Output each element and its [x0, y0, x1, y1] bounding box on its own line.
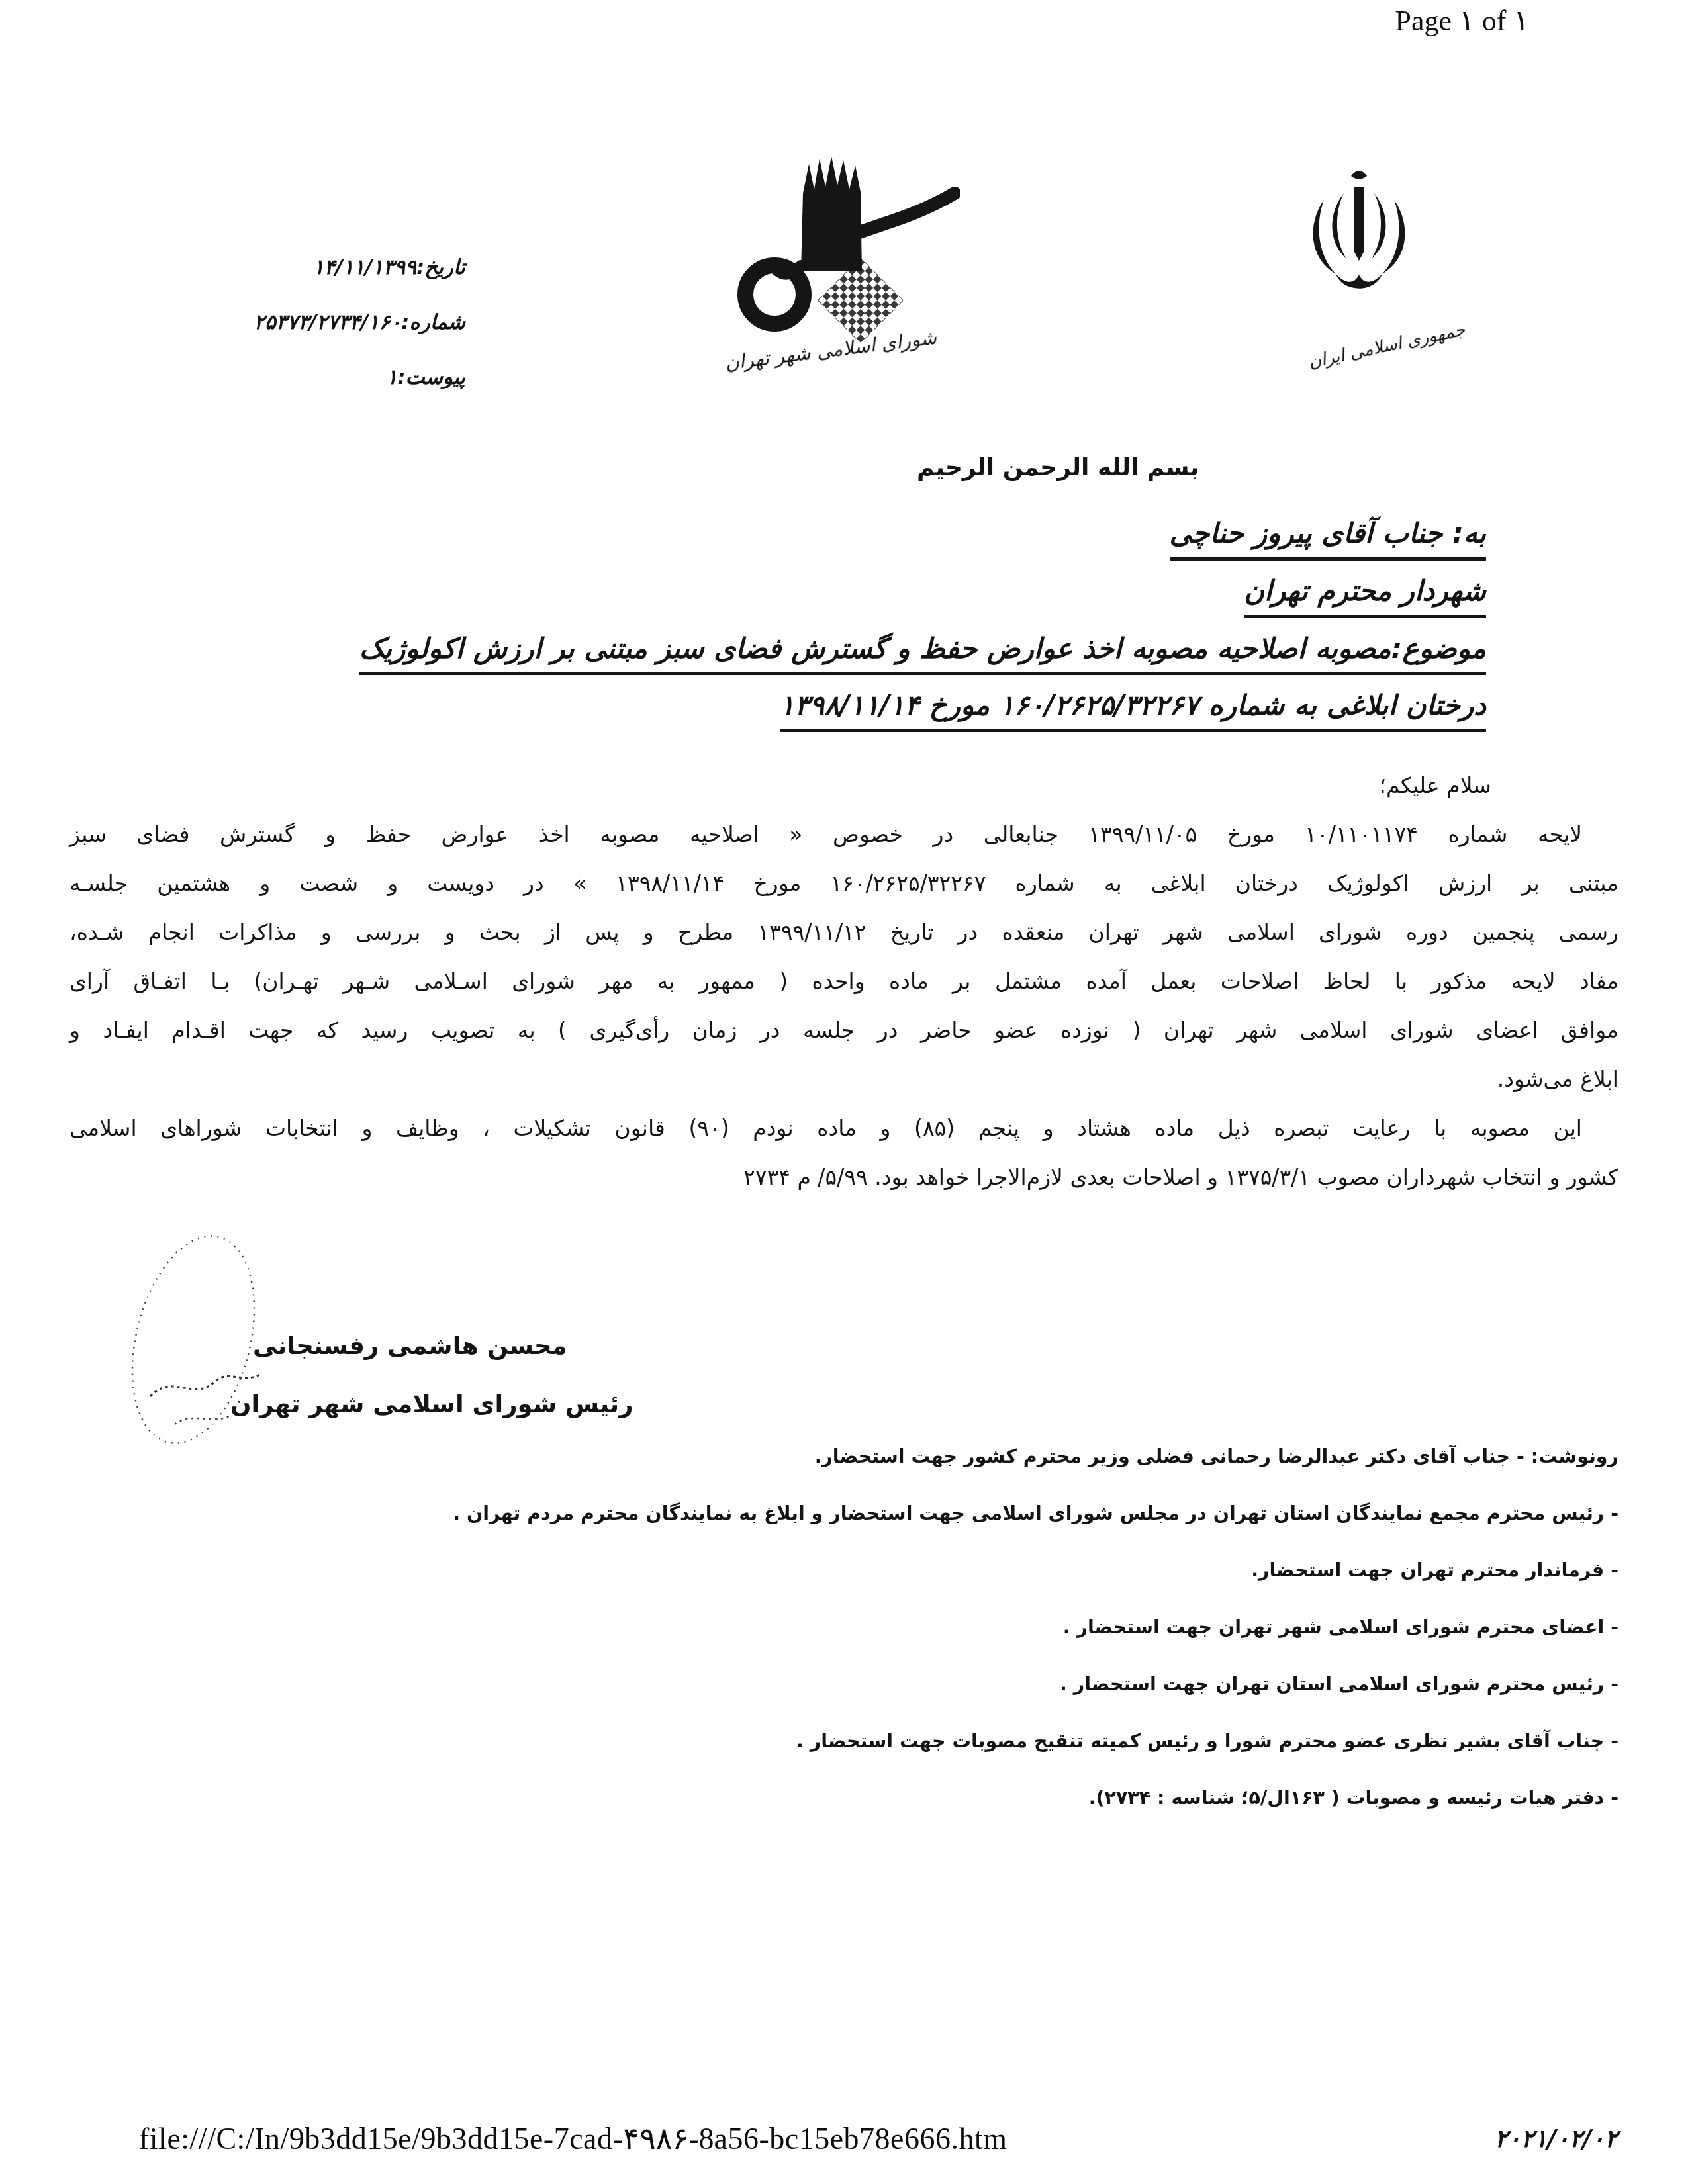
footer-file-path: file:///C:/In/9b3dd15e/9b3dd15e-7cad-۴۹۸…	[139, 2120, 1008, 2156]
council-logo-tail	[857, 193, 955, 233]
subject-line-1: موضوع:مصوبه اصلاحیه مصوبه اخذ عوارض حفظ …	[169, 629, 1486, 675]
salutation-line: سلام علیکم؛	[70, 761, 1618, 810]
number-value: ۲۵۳۷۳/۲۷۳۴/۱۶۰	[254, 310, 401, 334]
cc-item: - دفتر هیات رئیسه و مصوبات ( ۱۶۳ال/۵؛ شن…	[199, 1787, 1618, 1809]
letter-body: سلام علیکم؛ لایحه شماره ۱۰/۱۱۰۱۱۷۴ مورخ …	[70, 761, 1618, 1202]
iran-emblem-crescent-outer-right	[1382, 200, 1405, 274]
attachment-value: ۱	[387, 365, 398, 389]
signer-name: محسن هاشمی رفسنجانی	[253, 1332, 567, 1360]
iran-emblem-shadda	[1351, 171, 1367, 179]
body-line: کشور و انتخاب شهرداران مصوب ۱۳۷۵/۳/۱ و ا…	[70, 1153, 1618, 1202]
bismillah-line: بسم الله الرحمن الرحیم	[917, 454, 1199, 481]
subject-line-2: درختان ابلاغی به شماره ۱۶۰/۲۶۲۵/۳۲۲۶۷ مو…	[169, 686, 1486, 732]
body-line: رسمی پنجمین دوره شورای اسلامی شهر تهران …	[70, 908, 1618, 957]
addressee-block: به: جناب آقای پیروز حناچی شهردار محترم ت…	[169, 514, 1486, 743]
attachment-field: پیوست:۱	[254, 365, 465, 389]
page-number-label: Page ۱ of ۱	[1395, 4, 1529, 38]
body-line: مبتنی بر ارزش اکولوژیک درختان ابلاغی به …	[70, 859, 1618, 908]
iran-emblem-stem	[1354, 187, 1364, 261]
cc-item: - رئیس محترم مجمع نمایندگان استان تهران …	[199, 1502, 1618, 1525]
iran-emblem-crescent-inner-right	[1372, 193, 1386, 259]
to-line: به: جناب آقای پیروز حناچی	[169, 514, 1486, 561]
iran-emblem-icon	[1283, 161, 1435, 327]
letter-meta-fields: تاریخ:۱۴/۱۱/۱۳۹۹ شماره:۲۵۳۷۳/۲۷۳۴/۱۶۰ پی…	[254, 255, 465, 420]
subject-line-1-text: موضوع:مصوبه اصلاحیه مصوبه اخذ عوارض حفظ …	[359, 629, 1486, 675]
number-label: شماره:	[401, 310, 465, 334]
body-line: مفاد لایحه مذکور با لحاظ اصلاحات بعمل آم…	[70, 957, 1618, 1006]
cc-item: - فرماندار محترم تهران جهت استحضار.	[199, 1559, 1618, 1582]
cc-list: رونوشت: - جناب آقای دکتر عبدالرضا رحمانی…	[199, 1445, 1618, 1844]
body-line: لایحه شماره ۱۰/۱۱۰۱۱۷۴ مورخ ۱۳۹۹/۱۱/۰۵ ج…	[70, 810, 1618, 859]
to-title-line: شهردار محترم تهران	[169, 571, 1486, 618]
iran-emblem-crescent-outer-left	[1313, 200, 1336, 274]
body-line: موافق اعضای شورای اسلامی شهر تهران ( نوز…	[70, 1006, 1618, 1055]
cc-item: - رئیس محترم شورای اسلامی استان تهران جه…	[199, 1673, 1618, 1696]
iran-emblem-base	[1336, 274, 1382, 289]
date-value: ۱۴/۱۱/۱۳۹۹	[313, 255, 416, 279]
signer-title: رئیس شورای اسلامی شهر تهران	[230, 1390, 633, 1418]
cc-item: - اعضای محترم شورای اسلامی شهر تهران جهت…	[199, 1616, 1618, 1639]
body-line: ابلاغ می‌شود.	[70, 1055, 1618, 1104]
to-title-text: شهردار محترم تهران	[1244, 571, 1486, 618]
cc-item: - جناب آقای بشیر نظری عضو محترم شورا و ر…	[199, 1730, 1618, 1752]
footer-date: ۲۰۲۱/۰۲/۰۲	[1495, 2124, 1618, 2153]
date-field: تاریخ:۱۴/۱۱/۱۳۹۹	[254, 255, 465, 279]
number-field: شماره:۲۵۳۷۳/۲۷۳۴/۱۶۰	[254, 310, 465, 334]
subject-line-2-text: درختان ابلاغی به شماره ۱۶۰/۲۶۲۵/۳۲۲۶۷ مو…	[780, 686, 1486, 732]
body-line: این مصوبه با رعایت تبصره ذیل ماده هشتاد …	[70, 1104, 1618, 1153]
date-label: تاریخ:	[416, 255, 465, 279]
council-logo-icon	[708, 154, 960, 345]
council-logo-reeds	[801, 156, 862, 271]
council-logo-connector	[777, 266, 801, 274]
cc-item: رونوشت: - جناب آقای دکتر عبدالرضا رحمانی…	[199, 1445, 1618, 1468]
to-line-text: به: جناب آقای پیروز حناچی	[1170, 514, 1486, 561]
document-page: { "page": { "page_label": "Page ۱ of ۱" …	[0, 0, 1688, 2184]
attachment-label: پیوست:	[397, 365, 465, 389]
iran-emblem-crescent-inner-left	[1332, 193, 1346, 259]
